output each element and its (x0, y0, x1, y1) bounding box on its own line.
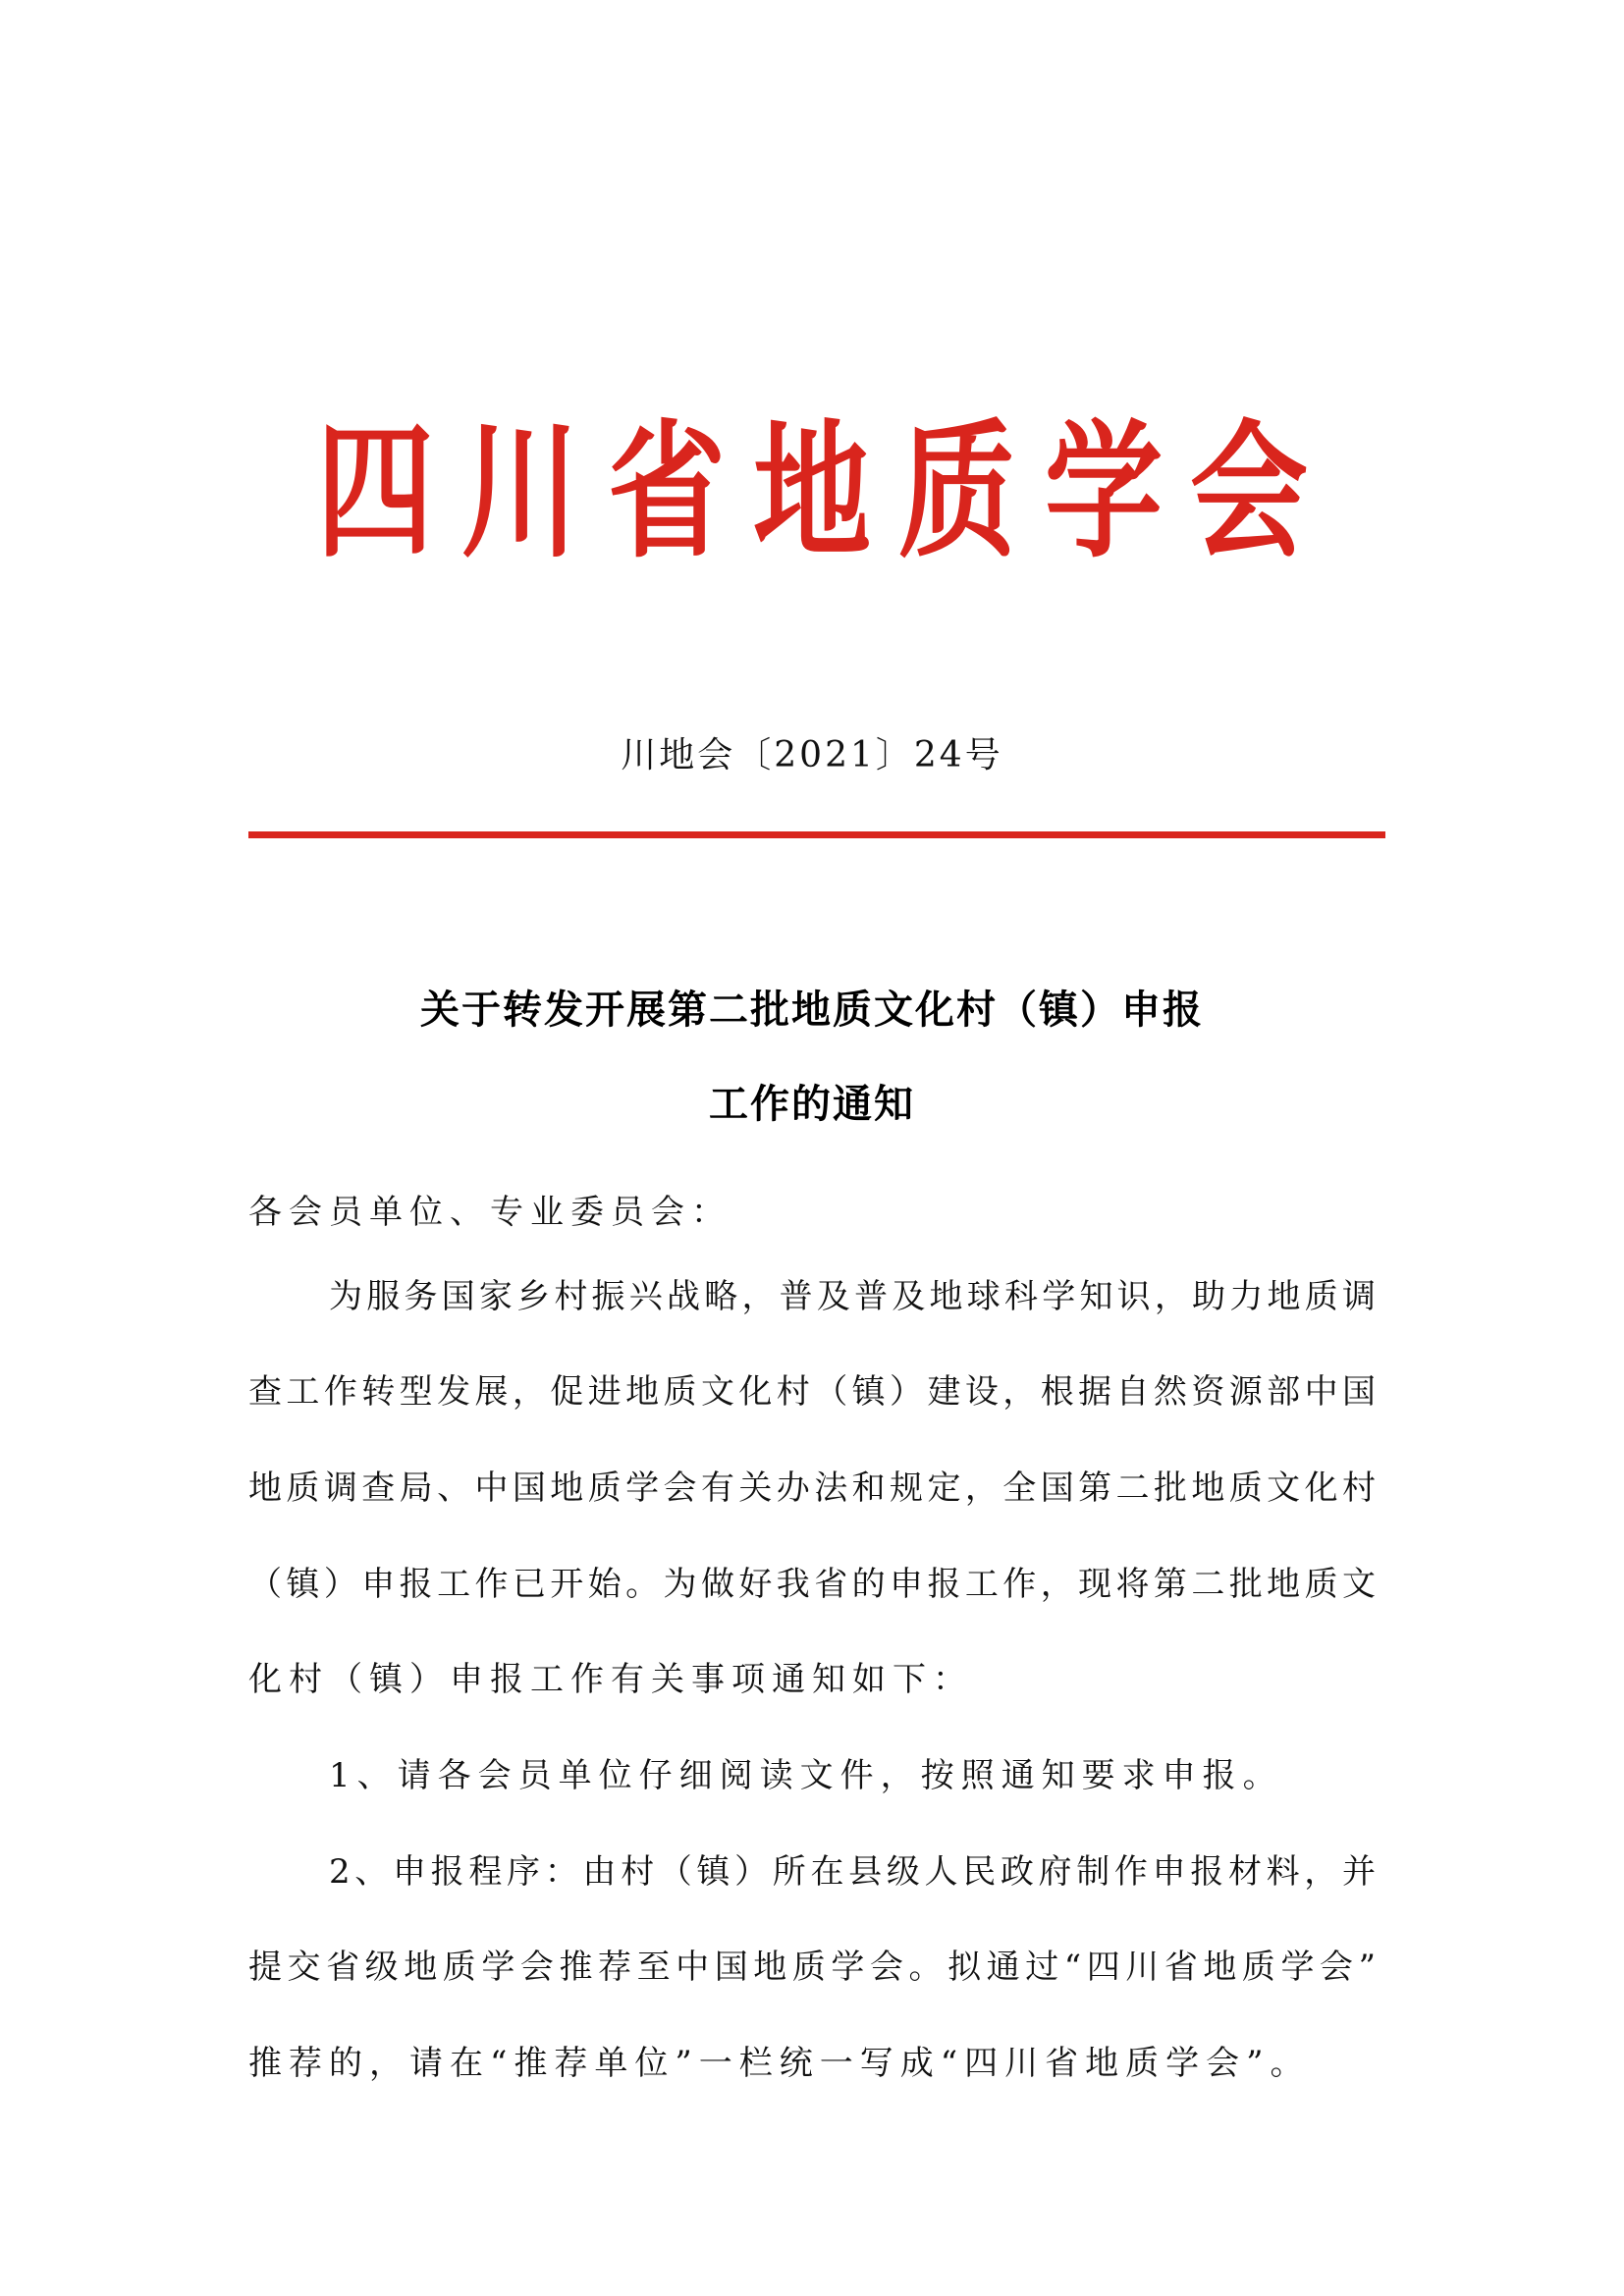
notice-title-line-2: 工作的通知 (0, 1079, 1624, 1130)
salutation: 各会员单位、专业委员会： (248, 1190, 1376, 1235)
list-item-1: 1、请各会员单位仔细阅读文件，按照通知要求申报。 (329, 1753, 1376, 1798)
document-page: 四 川 省 地 质 学 会 川地会〔2021〕24号 关于转发开展第二批地质文化… (0, 0, 1624, 2296)
list-item-2-line: 推荐的，请在“推荐单位”一栏统一写成“四川省地质学会”。 (248, 2041, 1376, 2086)
masthead-char: 质 (898, 407, 993, 579)
paragraph-line: 化村（镇）申报工作有关事项通知如下： (248, 1657, 1376, 1702)
paragraph-line: 为服务国家乡村振兴战略，普及普及地球科学知识，助力地质调 (329, 1274, 1376, 1319)
masthead-char: 会 (1190, 407, 1284, 579)
list-item-2-line: 2、申报程序：由村（镇）所在县级人民政府制作申报材料，并 (329, 1849, 1376, 1895)
masthead-char: 四 (316, 407, 410, 579)
masthead-char: 川 (461, 407, 556, 579)
masthead-char: 省 (608, 407, 702, 579)
notice-title-line-1: 关于转发开展第二批地质文化村（镇）申报 (0, 985, 1624, 1036)
masthead-char: 地 (753, 407, 847, 579)
masthead-title: 四 川 省 地 质 学 会 (304, 407, 1296, 579)
paragraph-line: 查工作转型发展，促进地质文化村（镇）建设，根据自然资源部中国 (248, 1369, 1376, 1415)
paragraph-line: 地质调查局、中国地质学会有关办法和规定，全国第二批地质文化村 (248, 1466, 1376, 1511)
masthead-char: 学 (1045, 407, 1139, 579)
document-number: 川地会〔2021〕24号 (0, 732, 1624, 779)
red-divider (248, 831, 1385, 838)
paragraph-line: （镇）申报工作已开始。为做好我省的申报工作，现将第二批地质文 (248, 1562, 1376, 1607)
list-item-2-line: 提交省级地质学会推荐至中国地质学会。拟通过“四川省地质学会” (248, 1945, 1376, 1990)
